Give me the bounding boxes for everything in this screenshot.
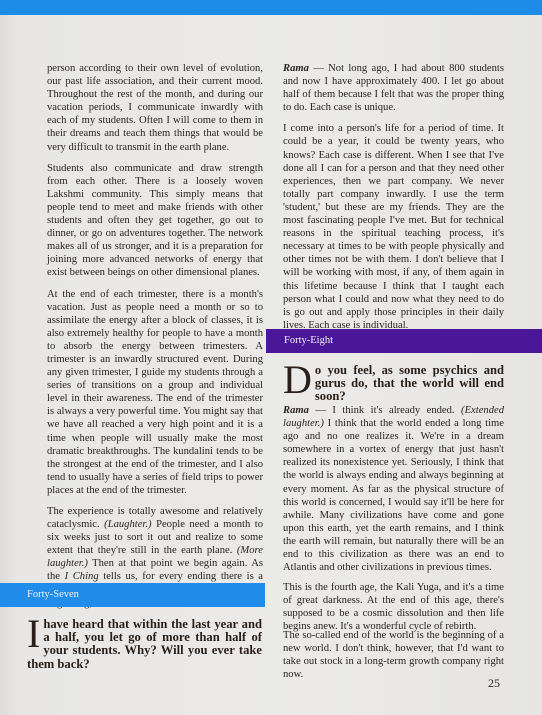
paragraph: At the end of each trimester, there is a… (47, 288, 263, 498)
speaker-name: Rama (283, 63, 309, 74)
left-column: person according to their own level of e… (47, 62, 263, 618)
drop-cap: I (27, 619, 40, 649)
page-number: 25 (488, 676, 500, 691)
dash: — (309, 405, 333, 416)
top-color-bar (0, 0, 542, 15)
paragraph: Students also communicate and draw stren… (47, 162, 263, 280)
text-run: I think it's already ended. (332, 405, 461, 416)
text-run: I think that the world ended a long time… (283, 418, 504, 573)
section-heading-forty-eight: Forty-Eight (266, 329, 542, 353)
answer-paragraph: The so-called end of the world is the be… (283, 629, 504, 681)
question-forty-seven: Ihave heard that within the last year an… (27, 618, 262, 671)
right-column-answer-forty-seven: Rama — Not long ago, I had about 800 stu… (283, 62, 504, 340)
speaker-name: Rama (283, 405, 309, 416)
question-text: o you feel, as some psychics and gurus d… (315, 363, 504, 403)
dash: — (309, 63, 328, 74)
book-title: I Ching (65, 571, 99, 582)
section-heading-forty-seven: Forty-Seven (0, 583, 265, 607)
answer-paragraph: I come into a person's life for a period… (283, 122, 504, 332)
question-text: have heard that within the last year and… (27, 617, 262, 671)
question-forty-eight: Do you feel, as some psychics and gurus … (283, 364, 504, 404)
answer-paragraph: Rama — I think it's already ended. (Exte… (283, 404, 504, 574)
drop-cap: D (283, 365, 312, 395)
stage-direction: (Laughter.) (104, 519, 151, 530)
paragraph: person according to their own level of e… (47, 62, 263, 154)
answer-paragraph: This is the fourth age, the Kali Yuga, a… (283, 581, 504, 633)
answer-paragraph: Rama — Not long ago, I had about 800 stu… (283, 62, 504, 114)
